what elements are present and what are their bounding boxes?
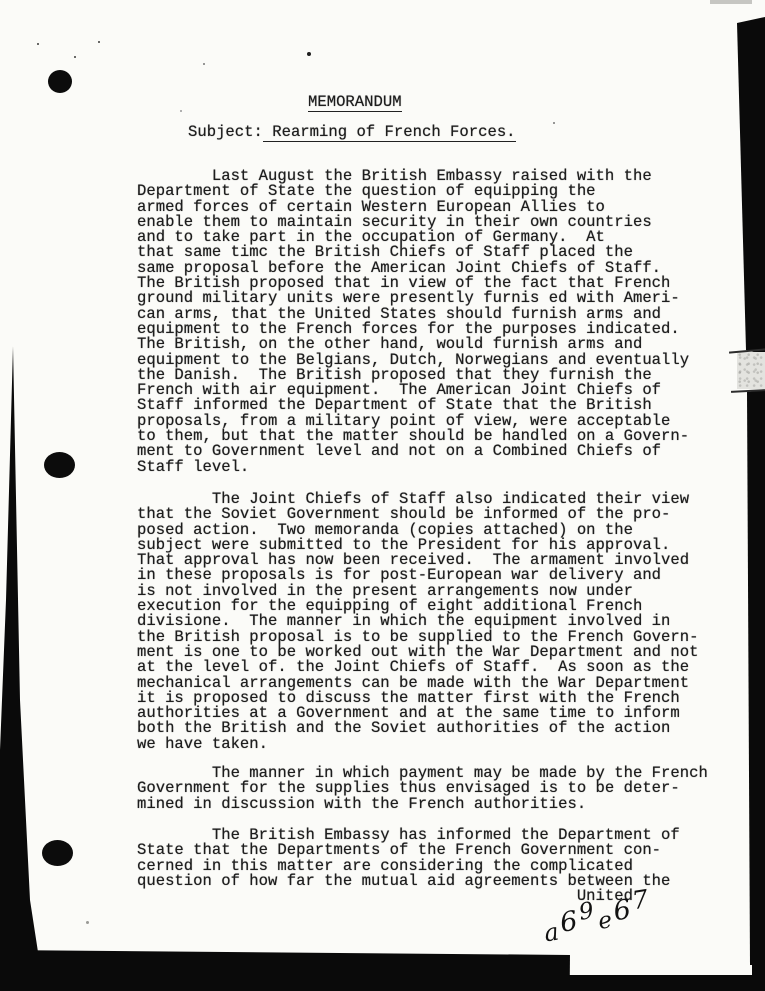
memo-page: MEMORANDUM Subject: Rearming of French F…: [0, 0, 765, 991]
memo-title-text: MEMORANDUM: [308, 93, 402, 112]
subject-label: Subject:: [188, 123, 263, 141]
noise-smudge: [710, 0, 752, 4]
noise-speck: [74, 56, 76, 58]
scan-border-right-top: [735, 15, 765, 355]
memo-title: MEMORANDUM: [308, 95, 402, 110]
page-edge-tab: [737, 352, 765, 389]
noise-speck: [98, 41, 100, 43]
noise-speck: [307, 52, 311, 56]
scan-border-right-bottom: [745, 390, 765, 965]
subject-line: Subject: Rearming of French Forces.: [188, 125, 516, 140]
subject-value: Rearming of French Forces.: [263, 123, 516, 142]
noise-speck: [37, 43, 39, 45]
scan-border-left-wedge: [0, 340, 45, 991]
scan-border-bottom-right: [752, 963, 765, 991]
noise-speck: [86, 921, 89, 924]
paragraph: Last August the British Embassy raised w…: [137, 169, 689, 475]
noise-speck: [203, 63, 205, 65]
paragraph: The British Embassy has informed the Dep…: [137, 828, 680, 904]
punch-hole-icon: [48, 70, 72, 93]
paragraph: The Joint Chiefs of Staff also indicated…: [137, 492, 698, 752]
punch-hole-icon: [44, 452, 75, 478]
paragraph: The manner in which payment may be made …: [137, 766, 708, 812]
noise-speck: [180, 110, 182, 112]
scan-border-bottom-full: [0, 975, 765, 991]
punch-hole-icon: [42, 840, 73, 866]
noise-speck: [553, 122, 555, 124]
